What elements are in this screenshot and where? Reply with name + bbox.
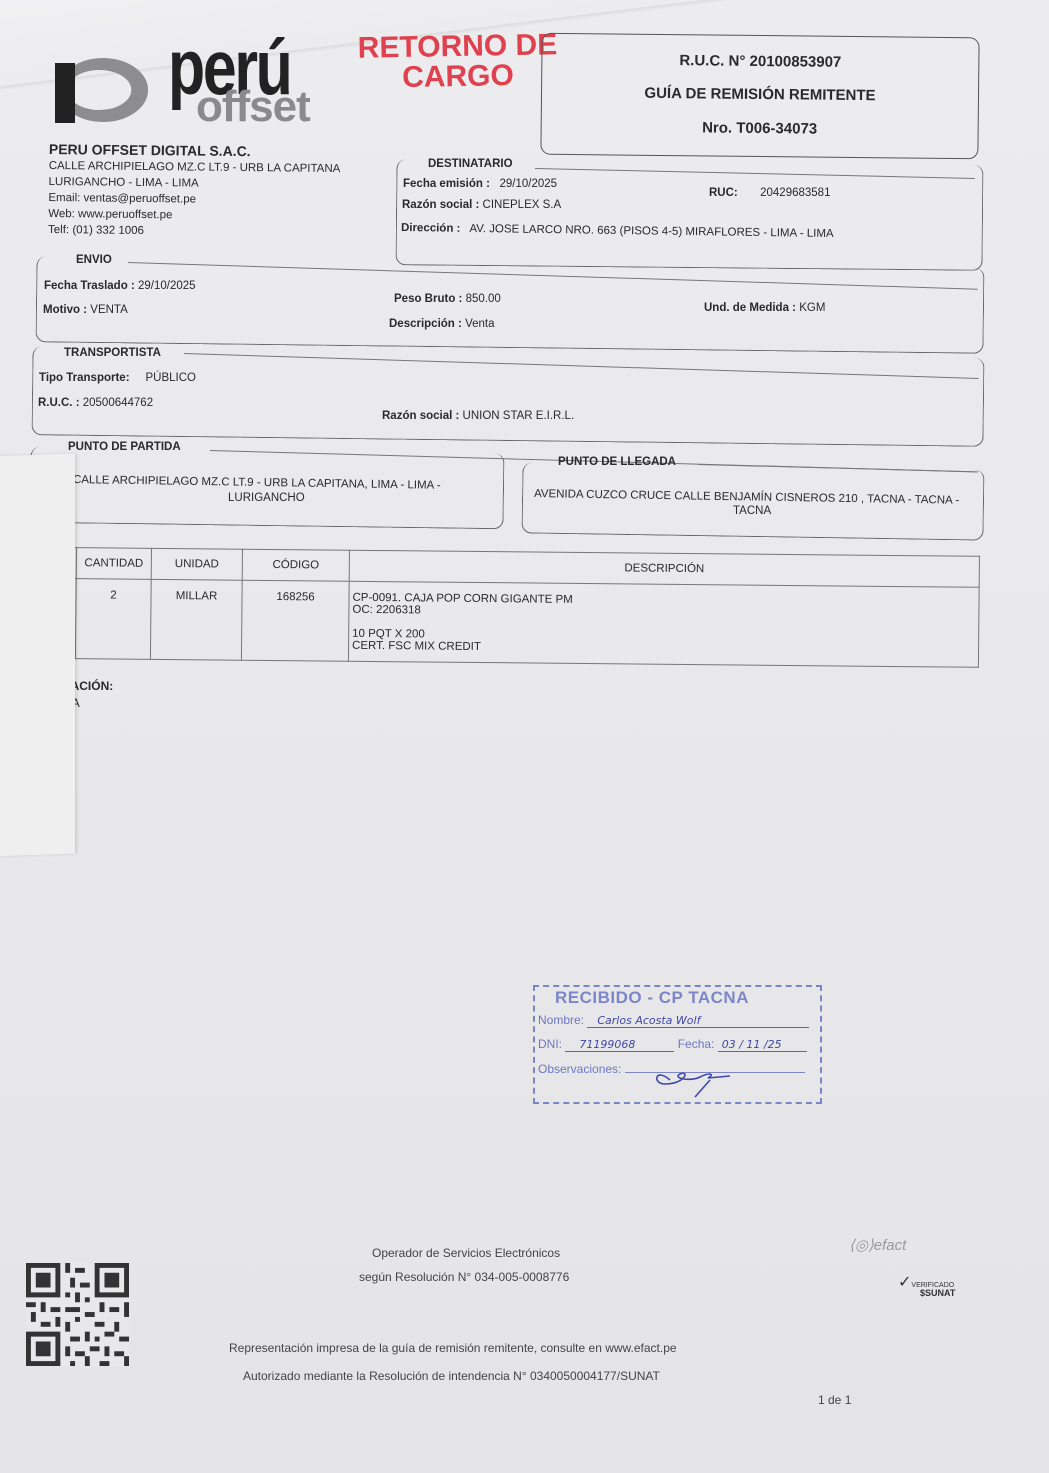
partida-title: PUNTO DE PARTIDA [68,441,181,453]
value: 29/10/2025 [138,280,196,292]
document-type: GUÍA DE REMISIÓN REMITENTE [542,84,978,106]
received-stamp-title: RECIBIDO - CP TACNA [555,988,749,1008]
handwritten-name: Carlos Acosta Wolf [587,1014,809,1028]
signature-icon [650,1062,745,1102]
qr-code-icon [25,1263,130,1366]
header-unidad: UNIDAD [151,548,242,580]
value: CINEPLEX S.A [483,199,562,211]
destinatario-title: DESTINATARIO [428,158,513,170]
motivo: Motivo : VENTA [43,304,128,316]
check-icon: ✓ [898,1274,911,1291]
company-ruc: R.U.C. N° 20100853907 [542,51,978,73]
label: Motivo : [43,304,87,316]
value: UNION STAR E.I.R.L. [463,410,575,422]
destinatario-razon: Razón social : CINEPLEX S.A [402,199,561,211]
representation-note: Representación impresa de la guía de rem… [229,1341,677,1355]
transportista-title: TRANSPORTISTA [64,347,161,359]
label: Descripción : [389,318,462,330]
handwritten-dni: 71199068 [565,1038,674,1052]
return-stamp: RETORNO DE CARGO [357,30,557,93]
cell-codigo: 168256 [241,580,349,661]
company-phone: Telf: (01) 332 1006 [48,222,340,241]
destinatario-ruc: RUC: 20429683581 [709,187,830,199]
envio-title: ENVIO [76,254,112,266]
items-table: CANTIDAD UNIDAD CÓDIGO DESCRIPCIÓN 2 MIL… [61,547,980,668]
partida-line-2: LURIGANCHO [228,492,305,504]
label: Observaciones: [538,1062,621,1076]
descripcion: Descripción : Venta [389,318,494,330]
cell-unidad: MILLAR [150,579,242,660]
stamp-nombre: Nombre: Carlos Acosta Wolf [538,1013,809,1028]
label: Razón social : [382,410,459,422]
table-row: 2 MILLAR 168256 CP-0091. CAJA POP CORN G… [61,578,979,667]
llegada-line-2: TACNA [733,505,771,517]
header-cantidad: CANTIDAD [76,548,151,580]
page-indicator: 1 de 1 [818,1393,851,1407]
document-page: perú offset RETORNO DE CARGO R.U.C. N° 2… [0,0,1049,1473]
label: Fecha: [678,1037,715,1051]
label: RUC: [709,187,738,199]
folded-corner [0,454,75,857]
sunat-logo: $SUNAT [920,1288,955,1298]
cell-cantidad: 2 [75,579,151,660]
sunat-text: SUNAT [925,1288,955,1298]
transportista-section [31,346,984,447]
value: VENTA [90,304,128,316]
fecha-traslado: Fecha Traslado : 29/10/2025 [44,280,196,292]
transportista-razon: Razón social : UNION STAR E.I.R.L. [382,410,574,422]
tipo-transporte: Tipo Transporte: PÚBLICO [39,372,196,384]
transportista-ruc: R.U.C. : 20500644762 [38,397,153,409]
handwritten-date: 03 / 11 /25 [718,1038,807,1052]
value: 20500644762 [83,397,153,409]
company-info: PERU OFFSET DIGITAL S.A.C. CALLE ARCHIPI… [48,141,341,241]
envio-section [36,256,985,354]
value: 29/10/2025 [500,178,558,190]
operator-line-2: según Resolución N° 034-005-0008776 [359,1270,569,1284]
label: Nombre: [538,1013,584,1027]
label: DNI: [538,1037,562,1051]
stamp-line-2: CARGO [358,60,558,93]
stamp-dni-fecha: DNI: 71199068 Fecha: 03 / 11 /25 [538,1037,807,1052]
logo-text-offset: offset [196,85,310,129]
value: Venta [465,318,494,330]
authorization-note: Autorizado mediante la Resolución de int… [243,1369,660,1383]
document-number: Nro. T006-34073 [542,118,978,140]
label: Tipo Transporte: [39,372,130,384]
unidad-medida: Und. de Medida : KGM [704,302,825,314]
operator-line-1: Operador de Servicios Electrónicos [372,1246,560,1260]
label: Razón social : [402,199,479,211]
label: Und. de Medida : [704,302,796,314]
document-id-box: R.U.C. N° 20100853907 GUÍA DE REMISIÓN R… [540,33,979,160]
efact-logo: ⟨◎⟩efact [849,1236,906,1254]
peso-bruto: Peso Bruto : 850.00 [394,293,501,305]
label: Peso Bruto : [394,293,462,305]
llegada-title: PUNTO DE LLEGADA [558,456,676,468]
cell-descripcion: CP-0091. CAJA POP CORN GIGANTE PM OC: 22… [348,581,979,667]
peru-offset-logo-icon [55,55,165,123]
efact-icon: ⟨◎⟩ [849,1237,874,1254]
company-name: PERU OFFSET DIGITAL S.A.C. [49,141,341,160]
label: Dirección : [401,222,461,235]
value: 850.00 [466,293,501,305]
value: KGM [799,302,825,314]
stamp-line-1: RETORNO DE [357,30,557,63]
fecha-emision: Fecha emisión : 29/10/2025 [403,178,557,190]
value: 20429683581 [760,187,830,199]
label: Fecha emisión : [403,178,490,190]
label: Fecha Traslado : [44,280,135,292]
header-codigo: CÓDIGO [242,549,349,581]
efact-text: efact [874,1237,907,1254]
received-stamp: RECIBIDO - CP TACNA Nombre: Carlos Acost… [533,985,822,1104]
value: PÚBLICO [146,372,197,384]
label: R.U.C. : [38,397,80,409]
